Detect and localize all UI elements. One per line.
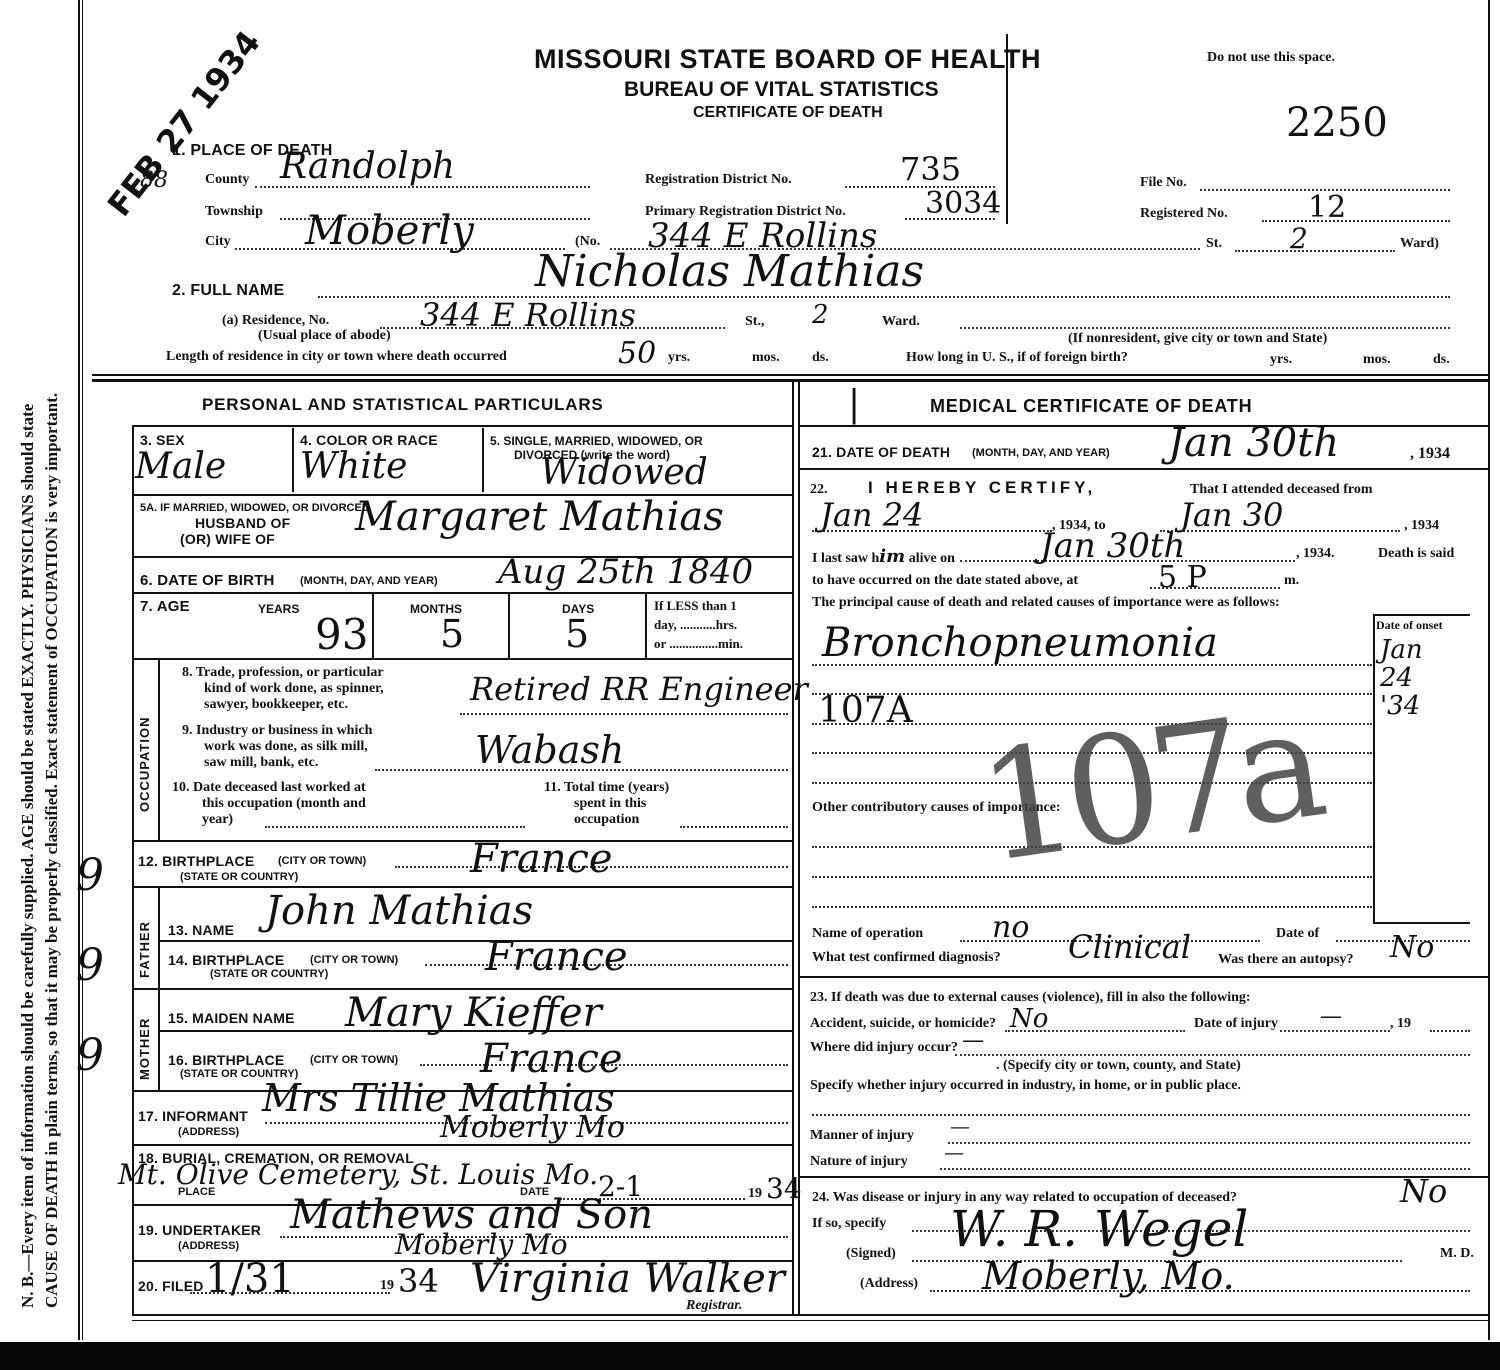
injury-location-note: . (Specify city or town, county, and Sta… — [996, 1058, 1241, 1074]
birthplace-label: 12. BIRTHPLACE — [138, 853, 254, 869]
left-border-inner — [82, 0, 83, 1340]
occupation-side-label: OCCUPATION — [137, 717, 152, 812]
margin-mark-1: 9 — [76, 850, 104, 901]
last-saw-year: , 1934. — [1296, 546, 1335, 562]
personal-section-heading: PERSONAL AND STATISTICAL PARTICULARS — [202, 395, 604, 415]
ward-label: Ward) — [1400, 236, 1439, 252]
last-saw-pronoun: im — [879, 546, 905, 567]
occurred-label: to have occurred on the date stated abov… — [812, 573, 1078, 589]
diagnosis-value: Clinical — [1068, 928, 1191, 966]
date-of-birth-label: 6. DATE OF BIRTH — [140, 572, 275, 589]
certify-heading: I HEREBY CERTIFY, — [868, 478, 1096, 498]
physician-address-label: (Address) — [860, 1276, 918, 1292]
foreign-mos-label: mos. — [1363, 352, 1391, 368]
industry-value: Wabash — [475, 728, 624, 772]
sex-value: Male — [135, 446, 226, 487]
occurred-time-value: 5 P — [1158, 560, 1207, 595]
less-than-day-label-1: If LESS than 1 — [654, 598, 737, 614]
diagnosis-label: What test confirmed diagnosis? — [812, 950, 1001, 966]
margin-instruction-line-1: N. B.—Every item of information should b… — [18, 404, 38, 1308]
physician-signature: W. R. Wegel — [950, 1200, 1248, 1258]
operation-value: no — [992, 910, 1029, 945]
coding-stamp: 107a — [970, 677, 1327, 896]
age-years-label: YEARS — [258, 602, 299, 616]
attended-to-value: Jan 30 — [1180, 496, 1283, 534]
date-of-death-sublabel: (MONTH, DAY, AND YEAR) — [972, 447, 1110, 459]
injury-location-label: Where did injury occur? — [810, 1040, 958, 1056]
length-of-residence-value: 50 — [618, 336, 656, 371]
scan-edge — [0, 1342, 1500, 1370]
last-saw-label: I last saw him alive on — [812, 546, 955, 567]
residence-street-suffix: St., — [745, 314, 764, 330]
city-value: Moberly — [305, 208, 474, 254]
marital-status-label-1: 5. SINGLE, MARRIED, WIDOWED, OR — [490, 434, 703, 448]
md-label: M. D. — [1440, 1246, 1474, 1262]
last-worked-label: 10. Date deceased last worked at this oc… — [172, 780, 366, 828]
birthplace-value: France — [470, 836, 613, 882]
registration-district-label: Registration District No. — [645, 172, 792, 188]
full-name-label: 2. FULL NAME — [172, 282, 284, 300]
registered-number-label: Registered No. — [1140, 206, 1228, 222]
age-label: 7. AGE — [140, 598, 190, 615]
injury-date-value: — — [1320, 1004, 1342, 1029]
birthplace-sublabel-2: (STATE OR COUNTRY) — [180, 871, 298, 883]
medical-section-heading: MEDICAL CERTIFICATE OF DEATH — [930, 396, 1252, 417]
injury-location-value: — — [962, 1028, 984, 1053]
registered-number-value: 12 — [1308, 190, 1346, 225]
death-is-said-label: Death is said — [1378, 546, 1454, 562]
father-birthplace-label: 14. BIRTHPLACE — [168, 952, 284, 968]
age-months-value: 5 — [440, 612, 464, 656]
father-name-value: John Mathias — [265, 888, 533, 934]
undertaker-label: 19. UNDERTAKER — [138, 1222, 261, 1238]
injury-place-type-label: Specify whether injury occurred in indus… — [810, 1078, 1241, 1094]
residence-value: 344 E Rollins — [420, 296, 636, 334]
date-of-birth-sublabel: (MONTH, DAY, AND YEAR) — [300, 575, 438, 587]
length-of-residence-label: Length of residence in city or town wher… — [166, 349, 507, 365]
street-suffix: St. — [1206, 236, 1222, 252]
foreign-birth-label: How long in U. S., if of foreign birth? — [906, 350, 1128, 366]
injury-date-label: Date of injury — [1194, 1016, 1278, 1032]
informant-address-value: Moberly Mo — [440, 1110, 625, 1145]
spouse-label-1: 5A. IF MARRIED, WIDOWED, OR DIVORCED — [140, 502, 370, 514]
office-use-note: Do not use this space. — [1207, 50, 1335, 66]
marital-status-value: Widowed — [540, 452, 708, 493]
county-value: Randolph — [280, 146, 455, 187]
date-of-death-label: 21. DATE OF DEATH — [812, 444, 950, 460]
stamp-code: 88 — [140, 168, 168, 193]
right-border — [1488, 0, 1490, 1340]
township-label: Township — [205, 204, 263, 220]
attended-to-year: , 1934 — [1404, 518, 1439, 534]
primary-registration-district-label: Primary Registration District No. — [645, 204, 846, 220]
residence-label: (a) Residence, No. — [222, 313, 329, 329]
burial-year-value: 34 — [766, 1172, 802, 1205]
full-name-value: Nicholas Mathias — [535, 246, 924, 297]
foreign-ds-label: ds. — [1433, 352, 1450, 368]
physician-address-value: Moberly, Mo. — [982, 1254, 1235, 1298]
tally-mark: | — [848, 384, 860, 425]
onset-box-border — [1373, 614, 1375, 924]
filed-date-value: 1/31 — [205, 1256, 295, 1302]
residence-ward-label: Ward. — [882, 314, 920, 330]
father-birthplace-value: France — [485, 934, 628, 980]
if-so-specify-label: If so, specify — [812, 1216, 886, 1232]
margin-instruction-line-2: CAUSE OF DEATH in plain terms, so that i… — [42, 393, 62, 1308]
header-divider-1 — [92, 374, 1488, 376]
trade-label: 8. Trade, profession, or particular kind… — [182, 665, 384, 713]
operation-date-label: Date of — [1276, 926, 1319, 942]
father-name-label: 13. NAME — [168, 922, 234, 938]
father-side-label: FATHER — [137, 921, 152, 978]
operation-label: Name of operation — [812, 926, 923, 942]
spouse-label-3: (OR) WIFE OF — [180, 531, 275, 547]
trade-value: Retired RR Engineer — [470, 670, 808, 708]
form-doc-type: CERTIFICATE OF DEATH — [693, 104, 883, 122]
file-number-label: File No. — [1140, 175, 1187, 191]
occupational-answer: No — [1400, 1172, 1447, 1210]
spouse-label-2: HUSBAND OF — [195, 515, 290, 531]
registrar-label: Registrar. — [686, 1298, 742, 1314]
age-days-value: 5 — [565, 612, 589, 656]
filed-year-value: 34 — [398, 1262, 439, 1300]
county-label: County — [205, 172, 249, 188]
nature-of-injury-label: Nature of injury — [810, 1154, 908, 1170]
mother-birthplace-label: 16. BIRTHPLACE — [168, 1052, 284, 1068]
injury-year-label: , 19 — [1390, 1016, 1411, 1032]
manner-of-injury-value: — — [950, 1114, 970, 1138]
cause-code-value: 107A — [818, 690, 913, 731]
city-label: City — [205, 234, 231, 250]
informant-address-label: (ADDRESS) — [178, 1126, 239, 1138]
total-time-label: 11. Total time (years) spent in this occ… — [544, 780, 669, 828]
nature-of-injury-value: — — [944, 1140, 964, 1164]
signed-label: (Signed) — [846, 1246, 896, 1262]
date-of-birth-value: Aug 25th 1840 — [498, 552, 753, 592]
filed-year-prefix: 19 — [380, 1278, 394, 1294]
received-date-stamp: FEB 27 1934 — [100, 23, 268, 223]
manner-of-injury-label: Manner of injury — [810, 1128, 914, 1144]
left-border — [78, 0, 80, 1340]
race-value: White — [300, 446, 407, 487]
industry-label: 9. Industry or business in which work wa… — [182, 723, 372, 771]
header-divider-2 — [92, 379, 1488, 382]
cause-of-death-value: Bronchopneumonia — [822, 620, 1218, 666]
certificate-number: 2250 — [1286, 100, 1388, 146]
office-box-divider — [1006, 34, 1008, 224]
attended-from-value: Jan 24 — [820, 496, 923, 534]
nonresident-note: (If nonresident, give city or town and S… — [1068, 331, 1327, 347]
less-than-day-label-2: day, ...........hrs. — [654, 617, 737, 633]
mother-side-label: MOTHER — [137, 1018, 152, 1080]
birthplace-sublabel-1: (CITY OR TOWN) — [278, 855, 366, 867]
occurred-m-label: m. — [1284, 573, 1299, 589]
death-certificate-page: N. B.—Every item of information should b… — [0, 0, 1500, 1342]
residence-sublabel: (Usual place of abode) — [258, 328, 391, 344]
cause-intro-label: The principal cause of death and related… — [812, 595, 1280, 611]
burial-year-prefix: 19 — [748, 1186, 762, 1202]
father-birthplace-sublabel-1: (CITY OR TOWN) — [310, 954, 398, 966]
margin-mark-2: 9 — [76, 940, 104, 991]
father-birthplace-sublabel-2: (STATE OR COUNTRY) — [210, 968, 328, 980]
autopsy-value: No — [1390, 930, 1434, 965]
length-mos-label: mos. — [752, 350, 780, 366]
registrar-signature: Virginia Walker — [470, 1256, 785, 1302]
form-subtitle: BUREAU OF VITAL STATISTICS — [624, 78, 939, 102]
length-ds-label: ds. — [812, 350, 829, 366]
informant-label: 17. INFORMANT — [138, 1108, 248, 1124]
spouse-value: Margaret Mathias — [355, 494, 724, 540]
date-of-death-year: , 1934 — [1410, 445, 1450, 463]
registration-district-value: 735 — [900, 150, 961, 188]
onset-value: Jan 24 '34 — [1380, 636, 1460, 720]
less-than-day-label-3: or ...............min. — [654, 636, 743, 652]
mother-maiden-name-label: 15. MAIDEN NAME — [168, 1010, 295, 1026]
margin-mark-3: 9 — [76, 1030, 104, 1081]
mother-birthplace-sublabel-1: (CITY OR TOWN) — [310, 1054, 398, 1066]
autopsy-label: Was there an autopsy? — [1218, 952, 1353, 968]
foreign-yrs-label: yrs. — [1270, 352, 1292, 368]
form-title: MISSOURI STATE BOARD OF HEALTH — [534, 44, 1041, 75]
age-years-value: 93 — [315, 610, 368, 659]
onset-label: Date of onset — [1376, 618, 1443, 633]
length-yrs-label: yrs. — [668, 350, 690, 366]
undertaker-address-label: (ADDRESS) — [178, 1240, 239, 1252]
primary-registration-district-value: 3034 — [925, 186, 1001, 221]
date-of-death-value: Jan 30th — [1168, 420, 1339, 466]
accident-value: No — [1010, 1004, 1048, 1034]
residence-ward-value: 2 — [812, 300, 829, 330]
